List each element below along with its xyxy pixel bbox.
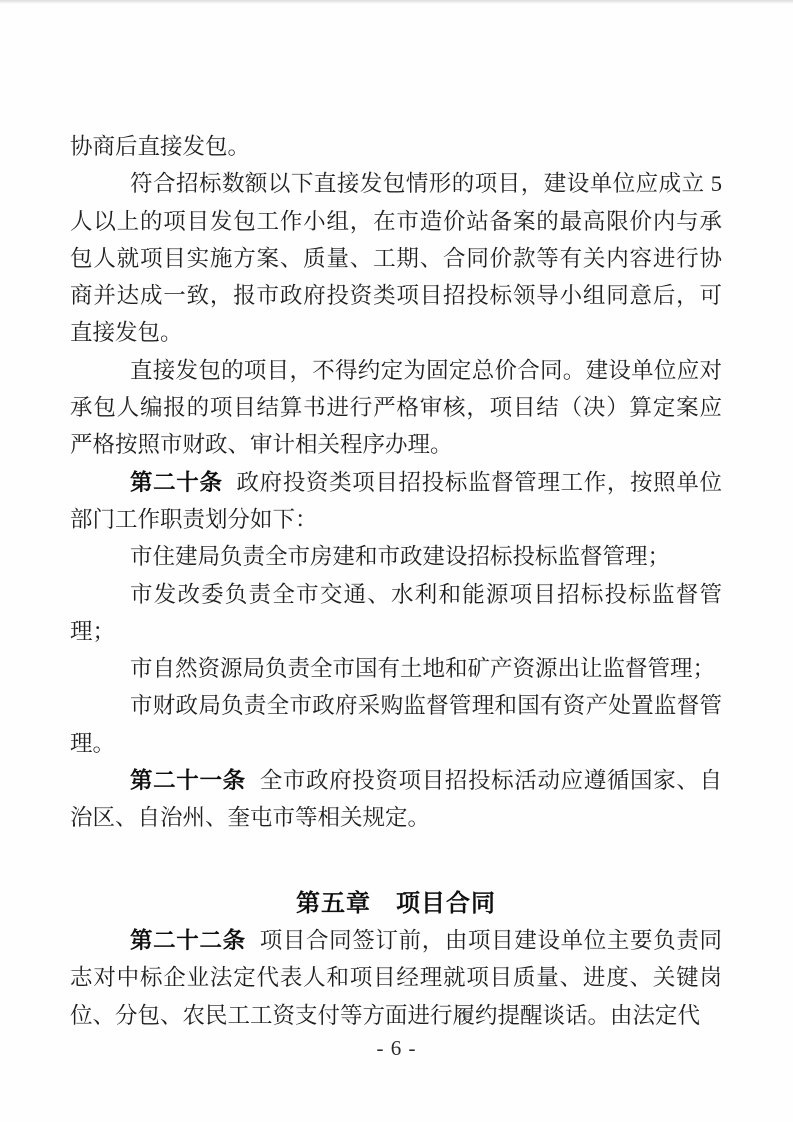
body-paragraph: 市住建局负责全市房建和市政建设招标投标监督管理； xyxy=(70,538,722,575)
article-paragraph: 第二十二条项目合同签订前，由项目建设单位主要负责同志对中标企业法定代表人和项目经… xyxy=(70,922,722,1034)
document-page: 协商后直接发包。符合招标数额以下直接发包情形的项目，建设单位应成立 5 人以上的… xyxy=(0,0,793,1122)
article-number: 第二十条 xyxy=(130,470,223,495)
article-paragraph: 第二十一条全市政府投资项目招投标活动应遵循国家、自治区、自治州、奎屯市等相关规定… xyxy=(70,762,722,837)
body-paragraph: 市发改委负责全市交通、水利和能源项目招标投标监督管理； xyxy=(70,576,722,651)
article-number: 第二十一条 xyxy=(130,768,246,793)
article-number: 第二十二条 xyxy=(130,928,246,953)
scan-edge xyxy=(0,0,793,4)
body-paragraph: 市财政局负责全市政府采购监督管理和国有资产处置监督管理。 xyxy=(70,687,722,762)
body-paragraph: 直接发包的项目，不得约定为固定总价合同。建设单位应对承包人编报的项目结算书进行严… xyxy=(70,352,722,464)
body-paragraph: 符合招标数额以下直接发包情形的项目，建设单位应成立 5 人以上的项目发包工作小组… xyxy=(70,165,722,351)
chapter-heading: 第五章 项目合同 xyxy=(70,885,722,922)
body-paragraph: 协商后直接发包。 xyxy=(70,128,722,165)
body-paragraph: 市自然资源局负责全市国有土地和矿产资源出让监督管理； xyxy=(70,650,722,687)
page-number: - 6 - xyxy=(0,1036,793,1061)
article-paragraph: 第二十条政府投资类项目招投标监督管理工作，按照单位部门工作职责划分如下： xyxy=(70,464,722,539)
document-body: 协商后直接发包。符合招标数额以下直接发包情形的项目，建设单位应成立 5 人以上的… xyxy=(70,128,722,1034)
